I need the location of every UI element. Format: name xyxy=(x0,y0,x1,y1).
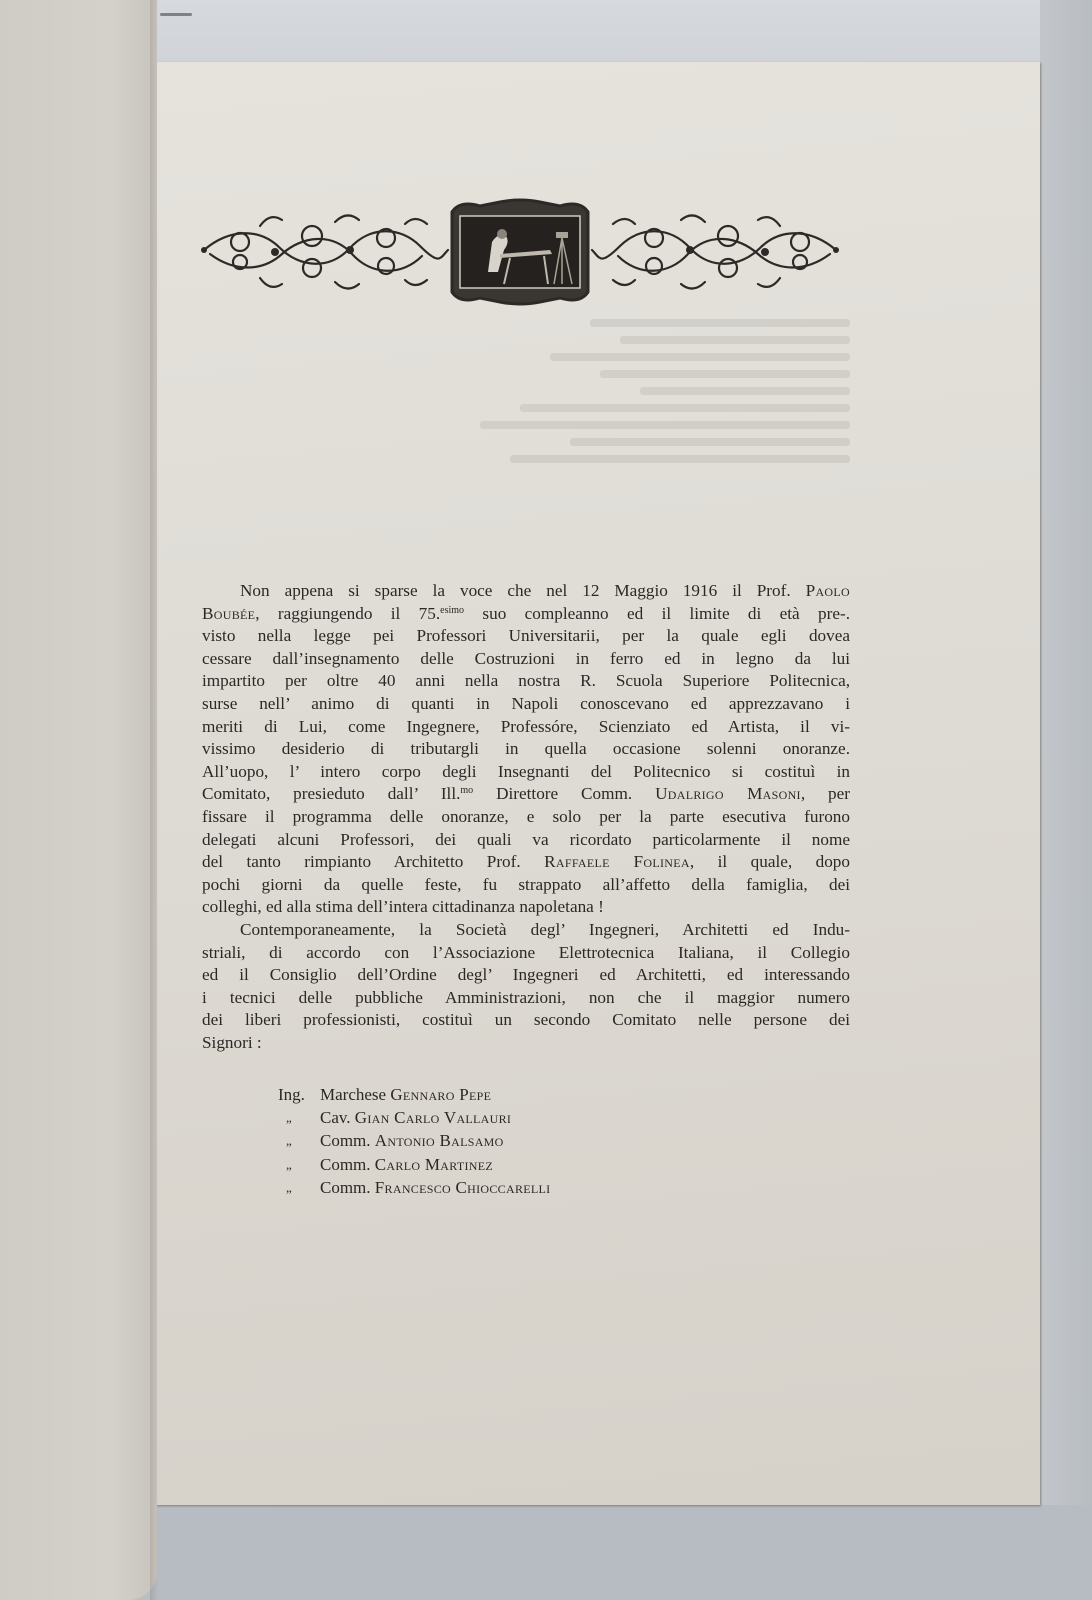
signer-row: „Comm. Francesco Chioccarelli xyxy=(278,1176,698,1199)
signer-row: Ing.Marchese Gennaro Pepe xyxy=(278,1083,698,1106)
text-line: cessare dall’insegnamento delle Costruzi… xyxy=(202,648,850,671)
text-line: fissare il programma delle onoranze, e s… xyxy=(202,806,850,829)
ink-smudge xyxy=(160,13,192,16)
signer-name: Francesco Chioccarelli xyxy=(375,1176,551,1199)
paragraph-1: Non appena si sparse la voce che nel 12 … xyxy=(202,580,850,919)
signer-prefix: „ xyxy=(278,1106,320,1129)
signer-title: Comm. xyxy=(320,1153,375,1176)
text-line: dei liberi professionisti, costituì un s… xyxy=(202,1009,850,1032)
text-line: Contemporaneamente, la Società degl’ Ing… xyxy=(202,919,850,942)
text-line: Comitato, presieduto dall’ Ill.mo Dirett… xyxy=(202,783,850,806)
person-name: Paolo xyxy=(806,581,850,600)
signer-prefix: Ing. xyxy=(278,1083,320,1106)
signer-title: Marchese xyxy=(320,1083,390,1106)
superscript: mo xyxy=(460,785,473,796)
body-text: Non appena si sparse la voce che nel 12 … xyxy=(202,580,850,1054)
signer-title: Comm. xyxy=(320,1129,375,1152)
text-line: Non appena si sparse la voce che nel 12 … xyxy=(202,580,850,603)
signer-row: „Comm. Antonio Balsamo xyxy=(278,1129,698,1152)
person-name: Boubée xyxy=(202,604,255,623)
text-line: surse nell’ animo di quanti in Napoli co… xyxy=(202,693,850,716)
text-line: del tanto rimpianto Architetto Prof. Raf… xyxy=(202,851,850,874)
text-line: meriti di Lui, come Ingegnere, Professór… xyxy=(202,716,850,739)
superscript: esimo xyxy=(440,605,464,616)
backdrop-top xyxy=(150,0,1092,64)
text-line: impartito per oltre 40 anni nella nostra… xyxy=(202,670,850,693)
signer-name: Gennaro Pepe xyxy=(390,1083,491,1106)
text-line: i tecnici delle pubbliche Amministrazion… xyxy=(202,987,850,1010)
paragraph-2: Contemporaneamente, la Società degl’ Ing… xyxy=(202,919,850,1055)
left-page-leaf xyxy=(0,0,157,1600)
text-line: Boubée, raggiungendo il 75.esimo suo com… xyxy=(202,603,850,626)
text-line: Signori : xyxy=(202,1032,850,1055)
signer-prefix: „ xyxy=(278,1176,320,1199)
text-line: All’uopo, l’ intero corpo degli Insegnan… xyxy=(202,761,850,784)
signer-row: „Comm. Carlo Martinez xyxy=(278,1153,698,1176)
person-name: Raffaele Folinea xyxy=(544,852,690,871)
signer-title: Comm. xyxy=(320,1176,375,1199)
committee-signers-list: Ing.Marchese Gennaro Pepe„Cav. Gian Carl… xyxy=(278,1083,698,1199)
signer-prefix: „ xyxy=(278,1129,320,1152)
signer-row: „Cav. Gian Carlo Vallauri xyxy=(278,1106,698,1129)
person-name: Udalrigo Masoni xyxy=(655,784,801,803)
left-page-shadow xyxy=(150,0,158,1600)
text-line: colleghi, ed alla stima dell’intera citt… xyxy=(202,896,850,919)
ornamental-headpiece-icon xyxy=(200,198,840,306)
text-line: vissimo desiderio di tributargli in quel… xyxy=(202,738,850,761)
backdrop-right xyxy=(1040,0,1092,1600)
backdrop-bottom xyxy=(150,1505,1092,1600)
signer-name: Gian Carlo Vallauri xyxy=(355,1106,511,1129)
text-line: striali, di accordo con l’Associazione E… xyxy=(202,942,850,965)
signer-name: Antonio Balsamo xyxy=(375,1129,504,1152)
text-line: pochi giorni da quelle feste, fu strappa… xyxy=(202,874,850,897)
text-line: ed il Consiglio dell’Ordine degl’ Ingegn… xyxy=(202,964,850,987)
signer-title: Cav. xyxy=(320,1106,355,1129)
signer-prefix: „ xyxy=(278,1153,320,1176)
text-line: visto nella legge pei Professori Univers… xyxy=(202,625,850,648)
text-line: delegati alcuni Professori, dei quali va… xyxy=(202,829,850,852)
signer-name: Carlo Martinez xyxy=(375,1153,493,1176)
